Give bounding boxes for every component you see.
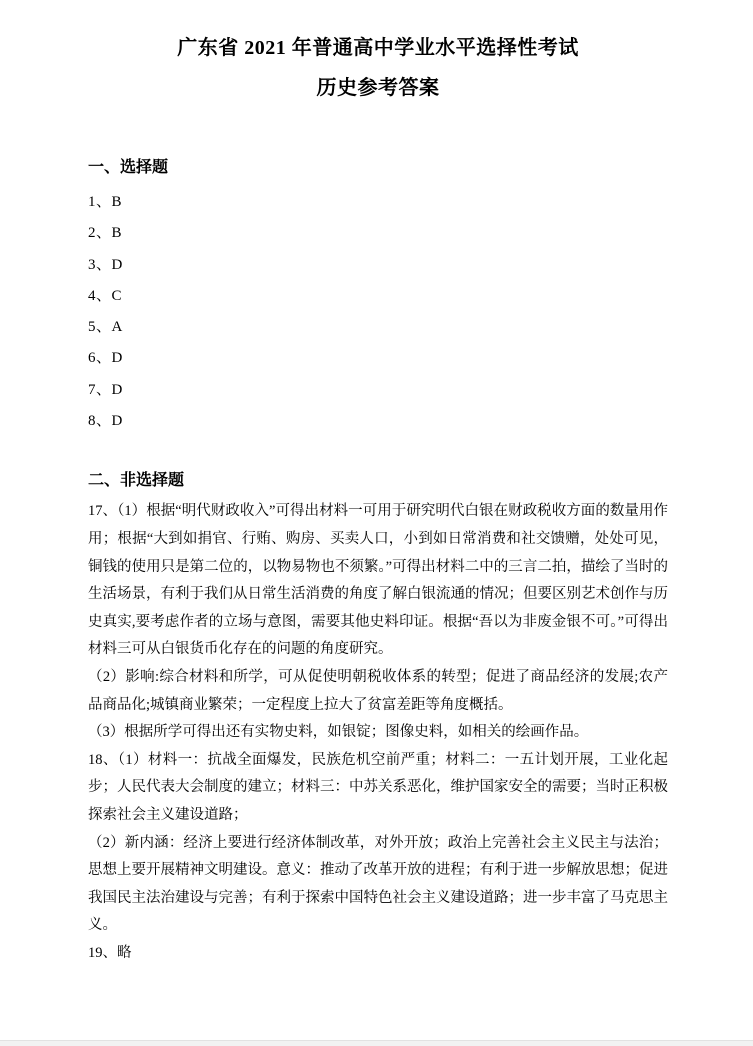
choice-answer-3: 3、D xyxy=(88,250,668,281)
choice-answer-list: 1、B 2、B 3、D 4、C 5、A 6、D 7、D 8、D xyxy=(88,187,668,437)
choice-answer-1: 1、B xyxy=(88,187,668,218)
answer-paragraph-17-3: （3）根据所学可得出还有实物史料，如银锭；图像史料，如相关的绘画作品。 xyxy=(88,719,668,747)
choice-answer-6: 6、D xyxy=(88,343,668,374)
choice-answer-4: 4、C xyxy=(88,281,668,312)
answer-paragraph-18-1: 18、（1）材料一：抗战全面爆发，民族危机空前严重；材料二：一五计划开展，工业化… xyxy=(88,747,668,830)
choice-answer-2: 2、B xyxy=(88,218,668,249)
answer-paragraph-19: 19、略 xyxy=(88,940,668,968)
page-bottom-edge xyxy=(0,1040,753,1046)
document-content: 广东省 2021 年普通高中学业水平选择性考试 历史参考答案 一、选择题 1、B… xyxy=(88,0,668,967)
answer-paragraphs: 17、（1）根据“明代财政收入”可得出材料一可用于研究明代白银在财政税收方面的数… xyxy=(88,498,668,967)
document-title: 广东省 2021 年普通高中学业水平选择性考试 历史参考答案 xyxy=(88,0,668,108)
answer-paragraph-17-1: 17、（1）根据“明代财政收入”可得出材料一可用于研究明代白银在财政税收方面的数… xyxy=(88,498,668,664)
section2-heading: 二、非选择题 xyxy=(88,470,668,492)
answer-paragraph-17-2: （2）影响:综合材料和所学，可从促使明朝税收体系的转型；促进了商品经济的发展;农… xyxy=(88,664,668,719)
answer-paragraph-18-2: （2）新内涵：经济上要进行经济体制改革，对外开放；政治上完善社会主义民主与法治；… xyxy=(88,830,668,940)
title-line-2: 历史参考答案 xyxy=(88,68,668,108)
choice-answer-7: 7、D xyxy=(88,375,668,406)
section1-heading: 一、选择题 xyxy=(88,157,668,179)
title-line-1: 广东省 2021 年普通高中学业水平选择性考试 xyxy=(88,28,668,68)
document-page: 广东省 2021 年普通高中学业水平选择性考试 历史参考答案 一、选择题 1、B… xyxy=(0,0,753,1046)
choice-answer-8: 8、D xyxy=(88,406,668,437)
choice-answer-5: 5、A xyxy=(88,312,668,343)
